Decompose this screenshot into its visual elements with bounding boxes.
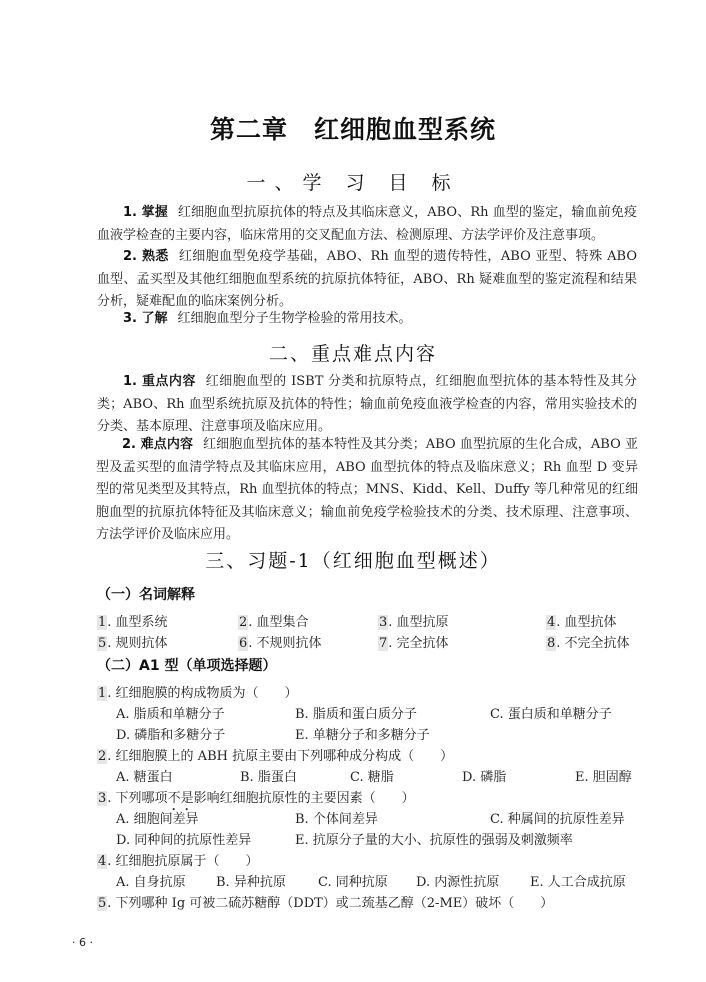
option: D. 磷脂: [462, 766, 506, 785]
option: E. 抗原分子量的大小、抗原性的强弱及刺激频率: [295, 829, 573, 848]
term-item: 6. 不规则抗体: [238, 632, 322, 651]
option: D. 内源性抗原: [416, 871, 499, 890]
option: E. 胆固醇: [575, 766, 632, 785]
chapter-name: 红细胞血型系统: [314, 115, 496, 144]
option: E. 人工合成抗原: [530, 871, 626, 890]
term-item: 3. 血型抗原: [378, 611, 449, 630]
option: B. 脂质和蛋白质分子: [295, 703, 417, 722]
option: D. 磷脂和多糖分子: [116, 724, 225, 743]
option: C. 蛋白质和单糖分子: [490, 703, 612, 722]
term-item: 2. 血型集合: [238, 611, 309, 630]
key-point-item: 1. 重点内容红细胞血型的 ISBT 分类和抗原特点，红细胞血型抗体的基本特性及…: [97, 371, 637, 439]
emphasis-text: 不是: [168, 791, 194, 806]
option: B. 脂蛋白: [240, 766, 297, 785]
objective-item: 2. 熟悉红细胞血型免疫学基础，ABO、Rh 血型的遗传特性，ABO 亚型、特殊…: [97, 246, 637, 314]
option: C. 同种抗原: [318, 871, 388, 890]
term-item: 4. 血型抗体: [546, 611, 617, 630]
option: B. 异种抗原: [216, 871, 286, 890]
term-item: 5. 规则抗体: [97, 632, 168, 651]
objective-item: 3. 了解红细胞血型分子生物学检验的常用技术。: [97, 308, 637, 331]
option: A. 糖蛋白: [116, 766, 173, 785]
question-stem: 2. 红细胞膜上的 ABH 抗原主要由下列哪种成分构成（ ）: [97, 745, 453, 764]
document-page: 第二章红细胞血型系统 一、学 习 目 标 1. 掌握红细胞血型抗原抗体的特点及其…: [0, 0, 706, 982]
option: D. 同种间的抗原性差异: [116, 829, 251, 848]
page-number: · 6 ·: [72, 936, 93, 949]
section-title-objectives: 一、学 习 目 标: [0, 168, 706, 195]
key-point-item: 2. 难点内容红细胞血型抗体的基本特性及其分类；ABO 血型抗原的生化合成，AB…: [96, 434, 638, 547]
question-stem: 4. 红细胞抗原属于（ ）: [97, 850, 259, 869]
section-title-key-points: 二、重点难点内容: [0, 339, 706, 366]
term-item: 7. 完全抗体: [378, 632, 449, 651]
option: A. 自身抗原: [116, 871, 186, 890]
section-title-exercises: 三、习题-1（红细胞血型概述）: [0, 546, 706, 573]
objective-item: 1. 掌握红细胞血型抗原抗体的特点及其临床意义，ABO、Rh 血型的鉴定，输血前…: [97, 202, 637, 247]
option: E. 单糖分子和多糖分子: [295, 724, 430, 743]
option: B. 个体间差异: [295, 808, 378, 827]
option: C. 种属间的抗原性差异: [490, 808, 625, 827]
terms-subtitle: （一）名词解释: [97, 584, 195, 604]
chapter-label: 第二章: [210, 115, 288, 144]
option: A. 脂质和单糖分子: [116, 703, 225, 722]
chapter-title: 第二章红细胞血型系统: [0, 110, 706, 146]
term-item: 1. 血型系统: [97, 611, 168, 630]
question-stem: 1. 红细胞膜的构成物质为（ ）: [97, 682, 298, 701]
mcq-subtitle: （二）A1 型（单项选择题）: [97, 655, 276, 675]
term-item: 8. 不完全抗体: [546, 632, 630, 651]
question-stem: 5. 下列哪种 Ig 可被二硫苏糖醇（DDT）或二巯基乙醇（2-ME）破坏（ ）: [97, 892, 553, 911]
terms-row: 1. 血型系统 2. 血型集合 3. 血型抗原 4. 血型抗体: [97, 611, 657, 633]
option: A. 细胞间差异: [116, 808, 199, 827]
terms-row: 5. 规则抗体 6. 不规则抗体 7. 完全抗体 8. 不完全抗体: [97, 632, 657, 654]
option: C. 糖脂: [350, 766, 394, 785]
